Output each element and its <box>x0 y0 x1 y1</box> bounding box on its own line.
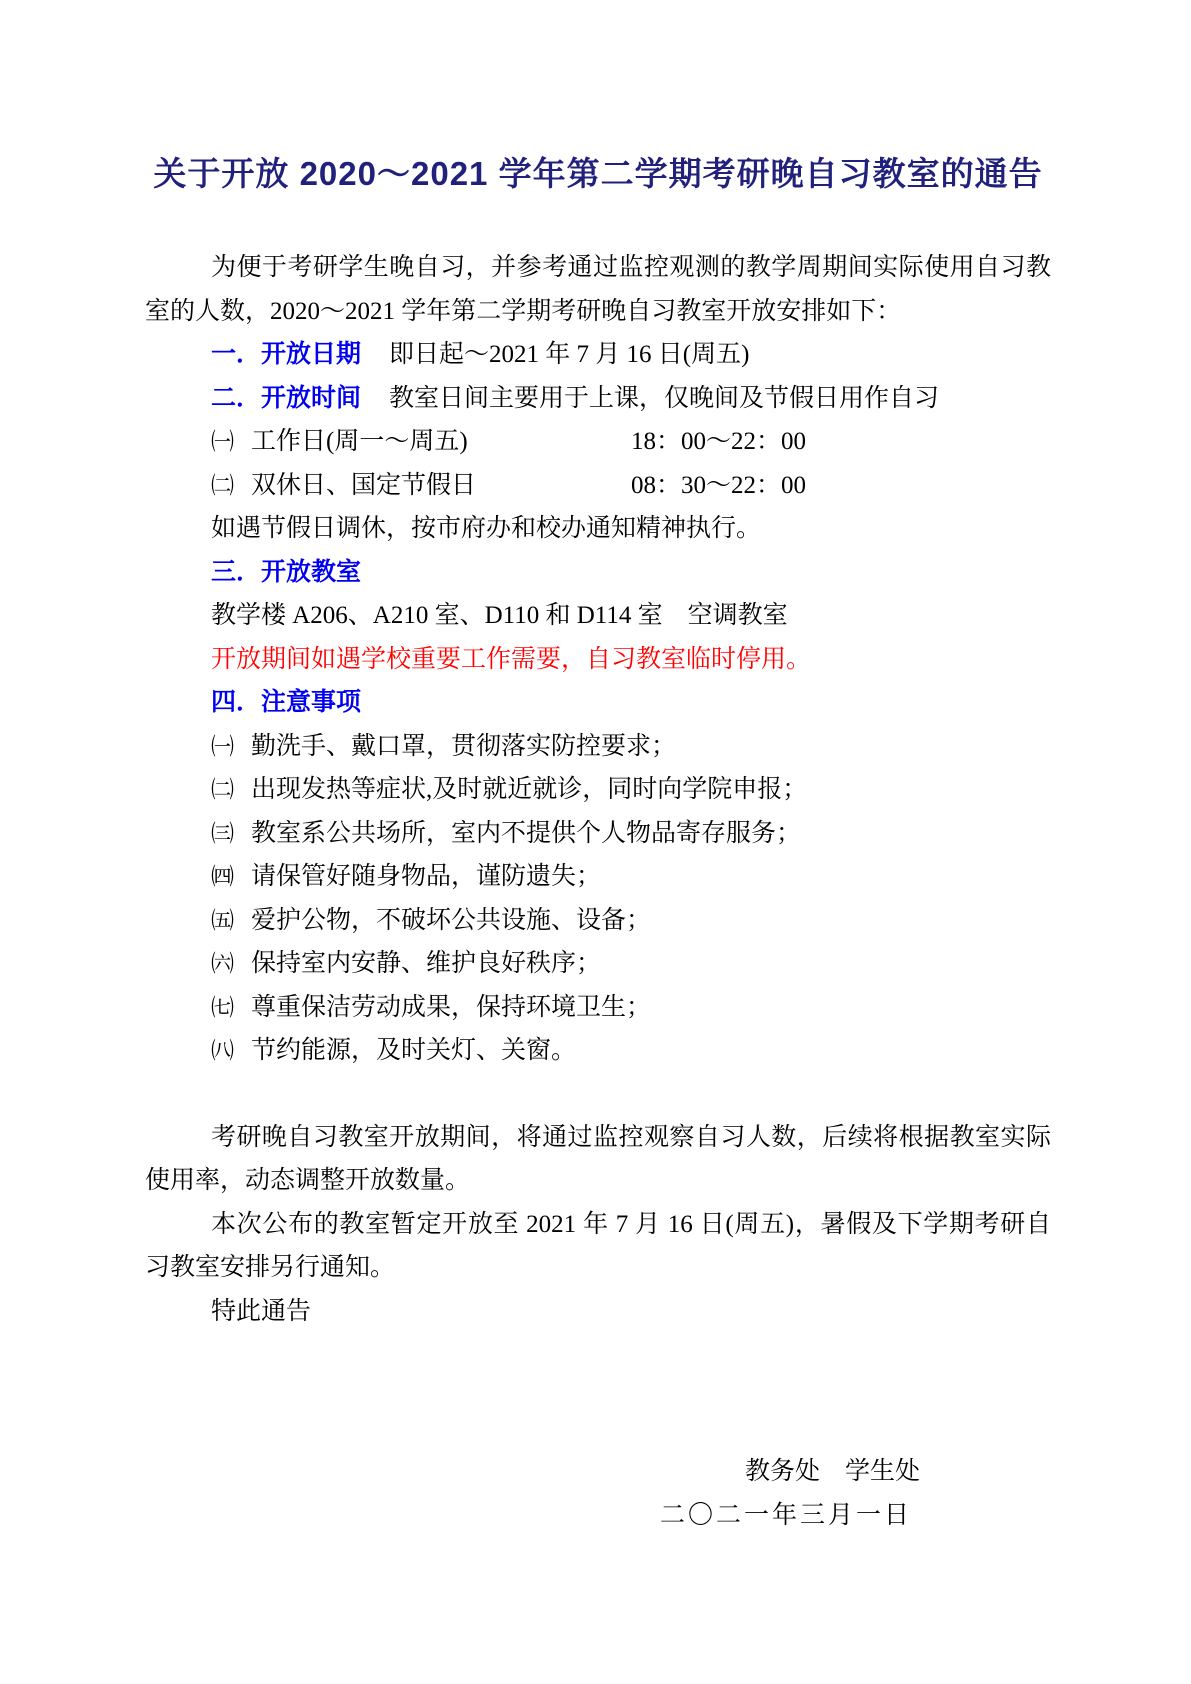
intro-paragraph: 为便于考研学生晚自习，并参考通过监控观测的教学周期间实际使用自习教室的人数，20… <box>145 246 1051 333</box>
signature-block: 教务处 学生处 二〇二一年三月一日 <box>145 1450 1051 1537</box>
notice-page: 关于开放 2020～2021 学年第二学期考研晚自习教室的通告 为便于考研学生晚… <box>0 0 1191 1684</box>
closing-statement: 特此通告 <box>145 1290 1051 1334</box>
section-number: 二． <box>211 384 261 412</box>
section-open-dates: 一．开放日期即日起～2021 年 7 月 16 日(周五) <box>211 333 1051 377</box>
item-marker: ㈦ <box>211 986 251 1030</box>
item-text: 节约能源，及时关灯、关窗。 <box>251 1037 576 1064</box>
section-number: 一． <box>211 340 261 368</box>
notice-item: ㈢教室系公共场所，室内不提供个人物品寄存服务； <box>211 812 1051 856</box>
schedule-row-weekend: ㈡双休日、国定节假日08：30～22：00 <box>211 464 1051 508</box>
notice-item: ㈤爱护公物，不破坏公共设施、设备； <box>211 899 1051 943</box>
schedule-row-weekday: ㈠工作日(周一～周五)18：00～22：00 <box>211 420 1051 464</box>
section-number: 四． <box>211 688 261 716</box>
item-text: 教室系公共场所，室内不提供个人物品寄存服务； <box>251 820 801 847</box>
item-marker: ㈣ <box>211 855 251 899</box>
section-open-hours: 二．开放时间教室日间主要用于上课，仅晚间及节假日用作自习 <box>211 377 1051 421</box>
item-marker: ㈠ <box>211 725 251 769</box>
section-open-classrooms: 三．开放教室 <box>211 551 1051 595</box>
issue-date: 二〇二一年三月一日 <box>660 1494 1051 1538</box>
notice-item: ㈧节约能源，及时关灯、关窗。 <box>211 1029 1051 1073</box>
item-text: 出现发热等症状,及时就近就诊，同时向学院申报； <box>251 776 807 803</box>
section-precautions: 四．注意事项 <box>211 681 1051 725</box>
section-inline-text: 教室日间主要用于上课，仅晚间及节假日用作自习 <box>389 385 939 412</box>
section-heading: 开放时间 <box>261 384 361 412</box>
notice-item: ㈣请保管好随身物品，谨防遗失； <box>211 855 1051 899</box>
schedule-time: 18：00～22：00 <box>631 428 806 455</box>
notice-title: 关于开放 2020～2021 学年第二学期考研晚自习教室的通告 <box>145 0 1051 200</box>
notice-content: 关于开放 2020～2021 学年第二学期考研晚自习教室的通告 为便于考研学生晚… <box>0 0 1191 1537</box>
item-marker: ㈡ <box>211 768 251 812</box>
classroom-list: 教学楼 A206、A210 室、D110 和 D114 室 空调教室 <box>211 594 1051 638</box>
item-marker: ㈥ <box>211 942 251 986</box>
item-text: 请保管好随身物品，谨防遗失； <box>251 863 601 890</box>
notice-item: ㈡出现发热等症状,及时就近就诊，同时向学院申报； <box>211 768 1051 812</box>
item-marker: ㈤ <box>211 899 251 943</box>
issuing-departments: 教务处 学生处 <box>745 1450 1051 1494</box>
item-text: 爱护公物，不破坏公共设施、设备； <box>251 907 651 934</box>
closing-paragraph-duration: 本次公布的教室暂定开放至 2021 年 7 月 16 日(周五)，暑假及下学期考… <box>145 1203 1051 1290</box>
item-text: 尊重保洁劳动成果，保持环境卫生； <box>251 994 651 1021</box>
notice-item: ㈠勤洗手、戴口罩，贯彻落实防控要求； <box>211 725 1051 769</box>
schedule-time: 08：30～22：00 <box>631 472 806 499</box>
item-marker: ㈡ <box>211 464 251 508</box>
item-marker: ㈧ <box>211 1029 251 1073</box>
item-text: 勤洗手、戴口罩，贯彻落实防控要求； <box>251 733 676 760</box>
section-inline-text: 即日起～2021 年 7 月 16 日(周五) <box>389 341 749 368</box>
schedule-label: 工作日(周一～周五) <box>251 420 631 464</box>
notice-item: ㈥保持室内安静、维护良好秩序； <box>211 942 1051 986</box>
item-marker: ㈢ <box>211 812 251 856</box>
section-heading: 注意事项 <box>261 688 361 716</box>
closing-paragraph-monitoring: 考研晚自习教室开放期间，将通过监控观察自习人数，后续将根据教室实际使用率，动态调… <box>145 1116 1051 1203</box>
item-marker: ㈠ <box>211 420 251 464</box>
holiday-note: 如遇节假日调休，按市府办和校办通知精神执行。 <box>211 507 1051 551</box>
section-number: 三． <box>211 558 261 586</box>
schedule-label: 双休日、国定节假日 <box>251 464 631 508</box>
suspension-warning: 开放期间如遇学校重要工作需要，自习教室临时停用。 <box>211 638 1051 682</box>
item-text: 保持室内安静、维护良好秩序； <box>251 950 601 977</box>
section-heading: 开放教室 <box>261 558 361 586</box>
section-heading: 开放日期 <box>261 340 361 368</box>
notice-item: ㈦尊重保洁劳动成果，保持环境卫生； <box>211 986 1051 1030</box>
